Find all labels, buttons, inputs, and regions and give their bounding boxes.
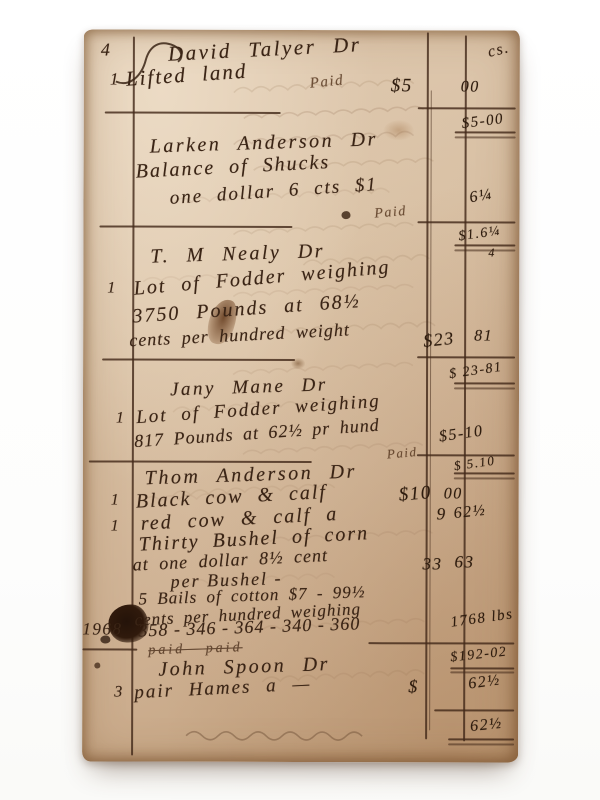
- photo-background: { "ledger": { "column_mark": "cs.", "e1"…: [0, 0, 600, 800]
- total-underline: [454, 249, 515, 251]
- entry5-amount2-cents: 62½: [453, 503, 487, 522]
- entry4-amount: $5-10: [438, 423, 485, 445]
- total-underline: [454, 477, 515, 479]
- total-underline: [454, 382, 515, 384]
- entry5-amount1-cents: 00: [444, 486, 463, 502]
- total-underline: [455, 136, 516, 138]
- entry4-total: $ 5.10: [453, 454, 496, 473]
- entry5-weight-total: 1768 lbs: [450, 607, 515, 631]
- money-divider: [417, 356, 515, 358]
- entry5-amount2-dollars: 9: [437, 505, 447, 522]
- entry6-qty: 3: [114, 685, 124, 701]
- entry5-qty2: 1: [111, 519, 121, 535]
- entry4-paid-note: Paid: [386, 445, 418, 461]
- total-underline: [454, 387, 515, 389]
- entry5-qty1: 1: [111, 493, 121, 509]
- entry-divider: [99, 225, 292, 227]
- entry5-amount3-cents: 63: [455, 553, 475, 570]
- total-underline: [454, 472, 515, 474]
- total-underline: [448, 738, 514, 740]
- entry3-qty: 1: [107, 280, 117, 296]
- stain: [291, 358, 305, 369]
- entry1-amount-cents: 00: [461, 79, 480, 95]
- ink-spot: [341, 211, 350, 219]
- entry-divider: [105, 111, 281, 113]
- entry1-amount-dollars: $5: [391, 76, 413, 95]
- entry2-line2: one dollar 6 cts $1: [169, 175, 378, 208]
- entry4-qty: 1: [116, 411, 126, 427]
- entry6-total: 62½: [469, 716, 503, 735]
- entry1-qty: 1: [110, 70, 120, 87]
- total-underline: [448, 743, 514, 745]
- ledger-rule-dollars-vertical: [425, 32, 428, 739]
- entry-divider: [82, 648, 137, 650]
- entry1-paid-note: Paid: [309, 73, 345, 91]
- money-divider: [368, 642, 514, 644]
- entry-divider: [102, 358, 295, 360]
- entry5-total: $192-02: [450, 646, 508, 666]
- entry3-amount-dollars: $23: [422, 329, 455, 350]
- ledger-rule-dollars-vertical-double: [429, 90, 432, 730]
- cents-column-mark: cs.: [486, 40, 511, 61]
- total-underline: [450, 667, 514, 669]
- entry1-margin-number: 4: [101, 40, 112, 58]
- entry1-title: David Talyer Dr: [168, 34, 362, 65]
- entry5-weight-margin: 1968: [82, 620, 122, 637]
- total-underline: [454, 244, 515, 246]
- entry2-total: $1.6¼: [458, 225, 502, 245]
- entry1-total: $5-00: [461, 112, 505, 132]
- entry2-title: Larken Anderson Dr: [149, 129, 378, 156]
- ink-spot: [94, 662, 100, 668]
- entry2-total-fraction: 4: [488, 246, 496, 258]
- bleedthrough-squiggle: [182, 722, 392, 747]
- stain: [384, 120, 414, 140]
- entry5-amount3-dollars: 33: [423, 555, 443, 572]
- ledger-page-photo: cs. 4 David Talyer Dr 1 Lifted land Paid…: [82, 29, 520, 762]
- entry1-line1: Lifted land: [125, 61, 248, 90]
- entry3-amount-cents: 81: [474, 328, 493, 344]
- money-divider: [417, 221, 515, 223]
- money-divider: [434, 709, 514, 711]
- money-divider: [418, 107, 516, 109]
- entry5-amount1-dollars: $10: [398, 483, 432, 505]
- entry6-amount-cents: 62½: [467, 672, 501, 692]
- entry6-amount-dollars: $: [408, 677, 419, 695]
- entry2-amount-cents: 6¼: [468, 187, 493, 207]
- entry3-total: $ 23-81: [448, 361, 503, 382]
- entry2-paid-note: Paid: [374, 205, 408, 222]
